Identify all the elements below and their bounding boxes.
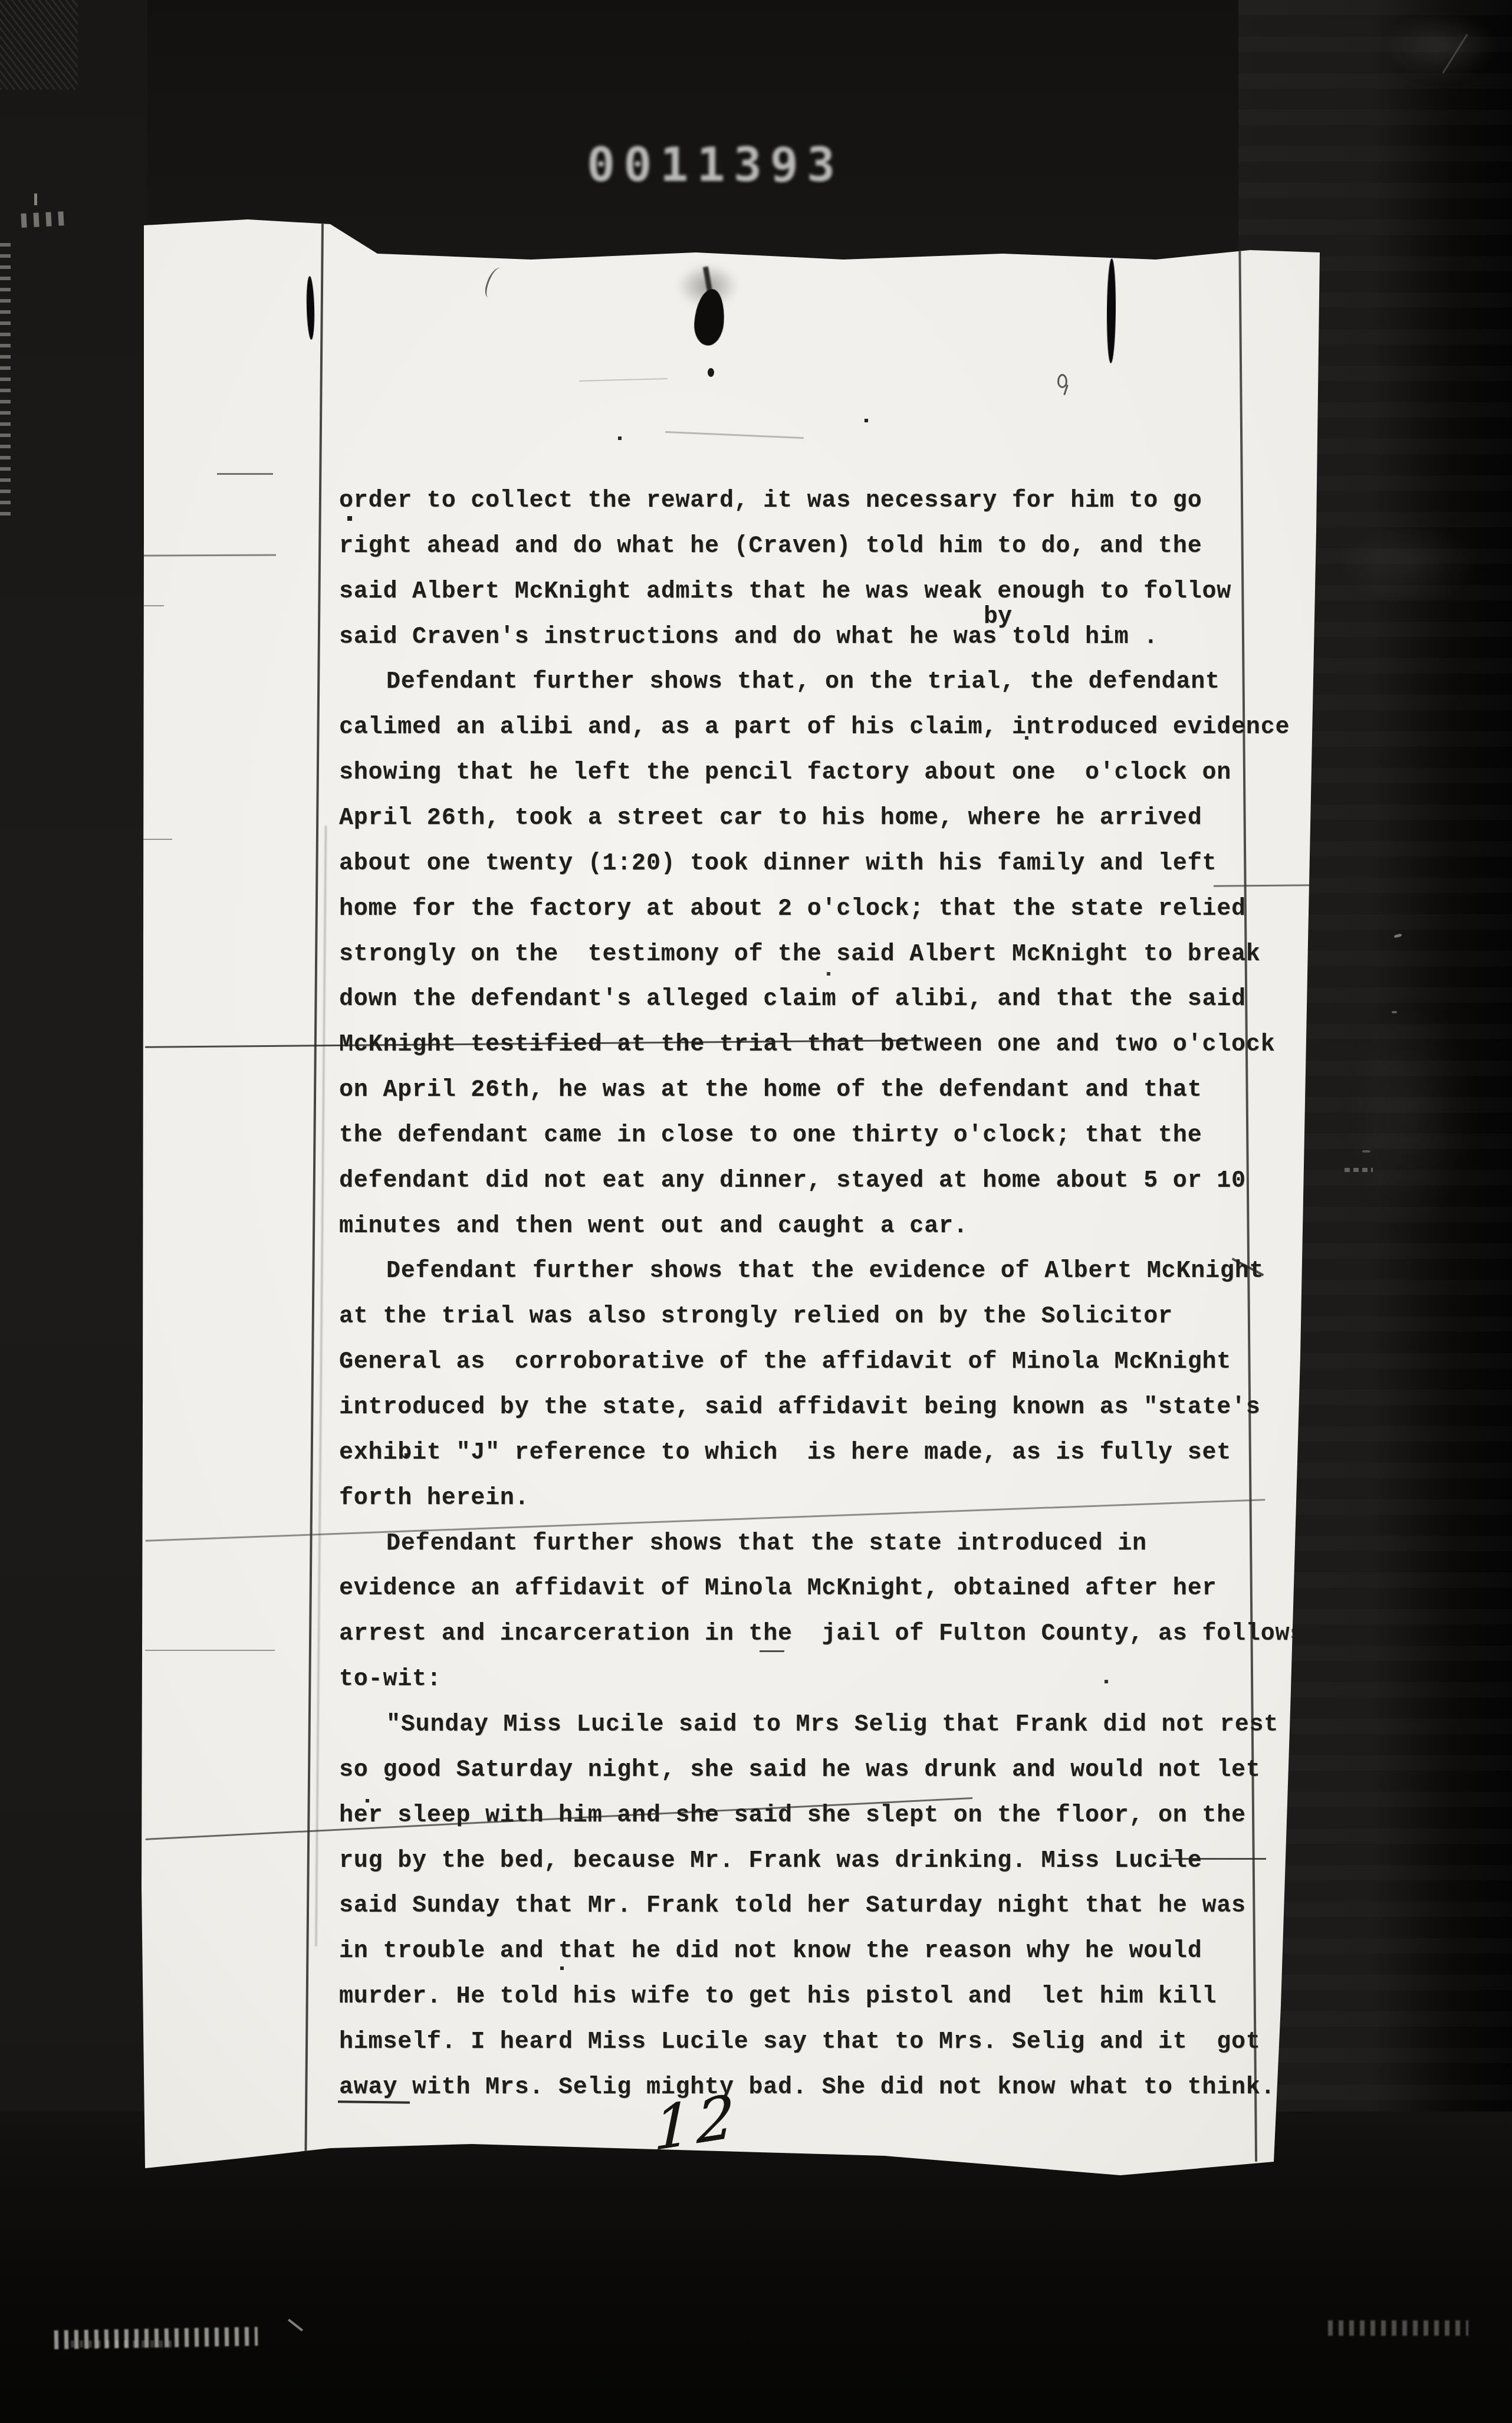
text-line: Defendant further shows that the state i… — [386, 1531, 1147, 1557]
scanned-document-frame: 0011393 order to collect the re — [0, 0, 1512, 2423]
text-line: introduced by the state, said affidavit … — [339, 1395, 1261, 1421]
pencil-streak — [665, 431, 804, 439]
text-line: to-wit: — [339, 1667, 442, 1693]
interlineated-word: by — [984, 604, 1012, 631]
film-speck-right-2 — [1392, 1011, 1397, 1013]
frame-number-stamp: 0011393 — [587, 137, 864, 196]
film-ghost-smudge-right-upper — [1330, 519, 1486, 608]
text-line: right ahead and do what he (Craven) told… — [339, 534, 1202, 560]
film-edge-tick-top-left — [34, 193, 37, 205]
film-speck-row-right — [1345, 1168, 1373, 1172]
crease-line-right — [1214, 884, 1317, 887]
text-line: home for the factory at about 2 o'clock;… — [339, 897, 1246, 922]
text-line: said Albert McKnight admits that he was … — [339, 579, 1231, 605]
text-line: down the defendant's alleged claim of al… — [339, 987, 1246, 1013]
text-line: her sleep with him and she said she slep… — [339, 1803, 1246, 1829]
crease-line — [143, 605, 164, 606]
film-speck-right-3 — [1362, 1150, 1370, 1153]
text-line: so good Saturday night, she said he was … — [339, 1758, 1261, 1784]
text-line: calimed an alibi and, as a part of his c… — [339, 715, 1290, 741]
film-edge-scratches-left — [0, 243, 11, 523]
text-line: showing that he left the pencil factory … — [339, 760, 1231, 786]
crease-line — [145, 1650, 275, 1651]
ink-mark-right — [1106, 258, 1116, 363]
text-line: himself. I heard Miss Lucile say that to… — [339, 2030, 1261, 2056]
text-line: away with Mrs. Selig mighty bad. She did… — [339, 2075, 1275, 2101]
film-smear-top-right — [1383, 13, 1498, 81]
film-edge-code-bottom-right — [1328, 2320, 1468, 2336]
underscore-jail — [760, 1650, 784, 1652]
text-line: evidence an affidavit of Minola McKnight… — [339, 1576, 1217, 1602]
text-line: defendant did not eat any dinner, stayed… — [339, 1168, 1246, 1194]
text-line: order to collect the reward, it was nece… — [339, 488, 1202, 514]
text-line: forth herein. — [339, 1486, 529, 1512]
text-line: murder. He told his wife to get his pist… — [339, 1984, 1217, 2010]
text-line: strongly on the testimony of the said Al… — [339, 942, 1261, 968]
text-line: arrest and incarceration in the jail of … — [339, 1621, 1304, 1647]
text-line: at the trial was also strongly relied on… — [339, 1304, 1173, 1330]
crease-line — [143, 839, 172, 840]
text-line: April 26th, took a street car to his hom… — [339, 806, 1202, 832]
text-line: "Sunday Miss Lucile said to Mrs Selig th… — [386, 1712, 1278, 1738]
pen-squiggle — [482, 265, 507, 300]
left-margin-rule — [304, 223, 324, 2161]
text-line: said Sunday that Mr. Frank told her Satu… — [339, 1893, 1246, 1919]
text-line: McKnight testified at the trial that bet… — [339, 1032, 1275, 1058]
crease-line — [217, 473, 273, 475]
text-line: Defendant further shows that the evidenc… — [386, 1259, 1264, 1285]
underline-away — [338, 2100, 410, 2104]
text-line: minutes and then went out and caught a c… — [339, 1214, 968, 1240]
text-line: rug by the bed, because Mr. Frank was dr… — [339, 1849, 1202, 1874]
crease-line — [143, 554, 276, 556]
pencil-streak — [579, 378, 668, 382]
text-line: in trouble and that he did not know the … — [339, 1939, 1202, 1965]
ink-mark-left — [306, 276, 315, 340]
film-scratch-hatch-top-left — [0, 0, 78, 90]
ink-blot-drip — [708, 368, 714, 377]
text-line: exhibit "J" reference to which is here m… — [339, 1440, 1231, 1466]
text-line: said Craven's instructions and do what h… — [339, 625, 1158, 651]
text-line: the defendant came in close to one thirt… — [339, 1123, 1202, 1149]
film-edge-code-bottom-left-2 — [71, 2340, 177, 2348]
text-line: General as corroborative of the affidavi… — [339, 1350, 1231, 1375]
text-line: about one twenty (1:20) took dinner with… — [339, 851, 1217, 877]
film-ghost-smudge-right-lower — [1339, 991, 1483, 1239]
film-band-left — [0, 0, 147, 2423]
text-line: Defendant further shows that, on the tri… — [386, 669, 1220, 695]
text-line: on April 26th, he was at the home of the… — [339, 1078, 1202, 1104]
film-edge-dashes-top-left — [21, 211, 68, 228]
